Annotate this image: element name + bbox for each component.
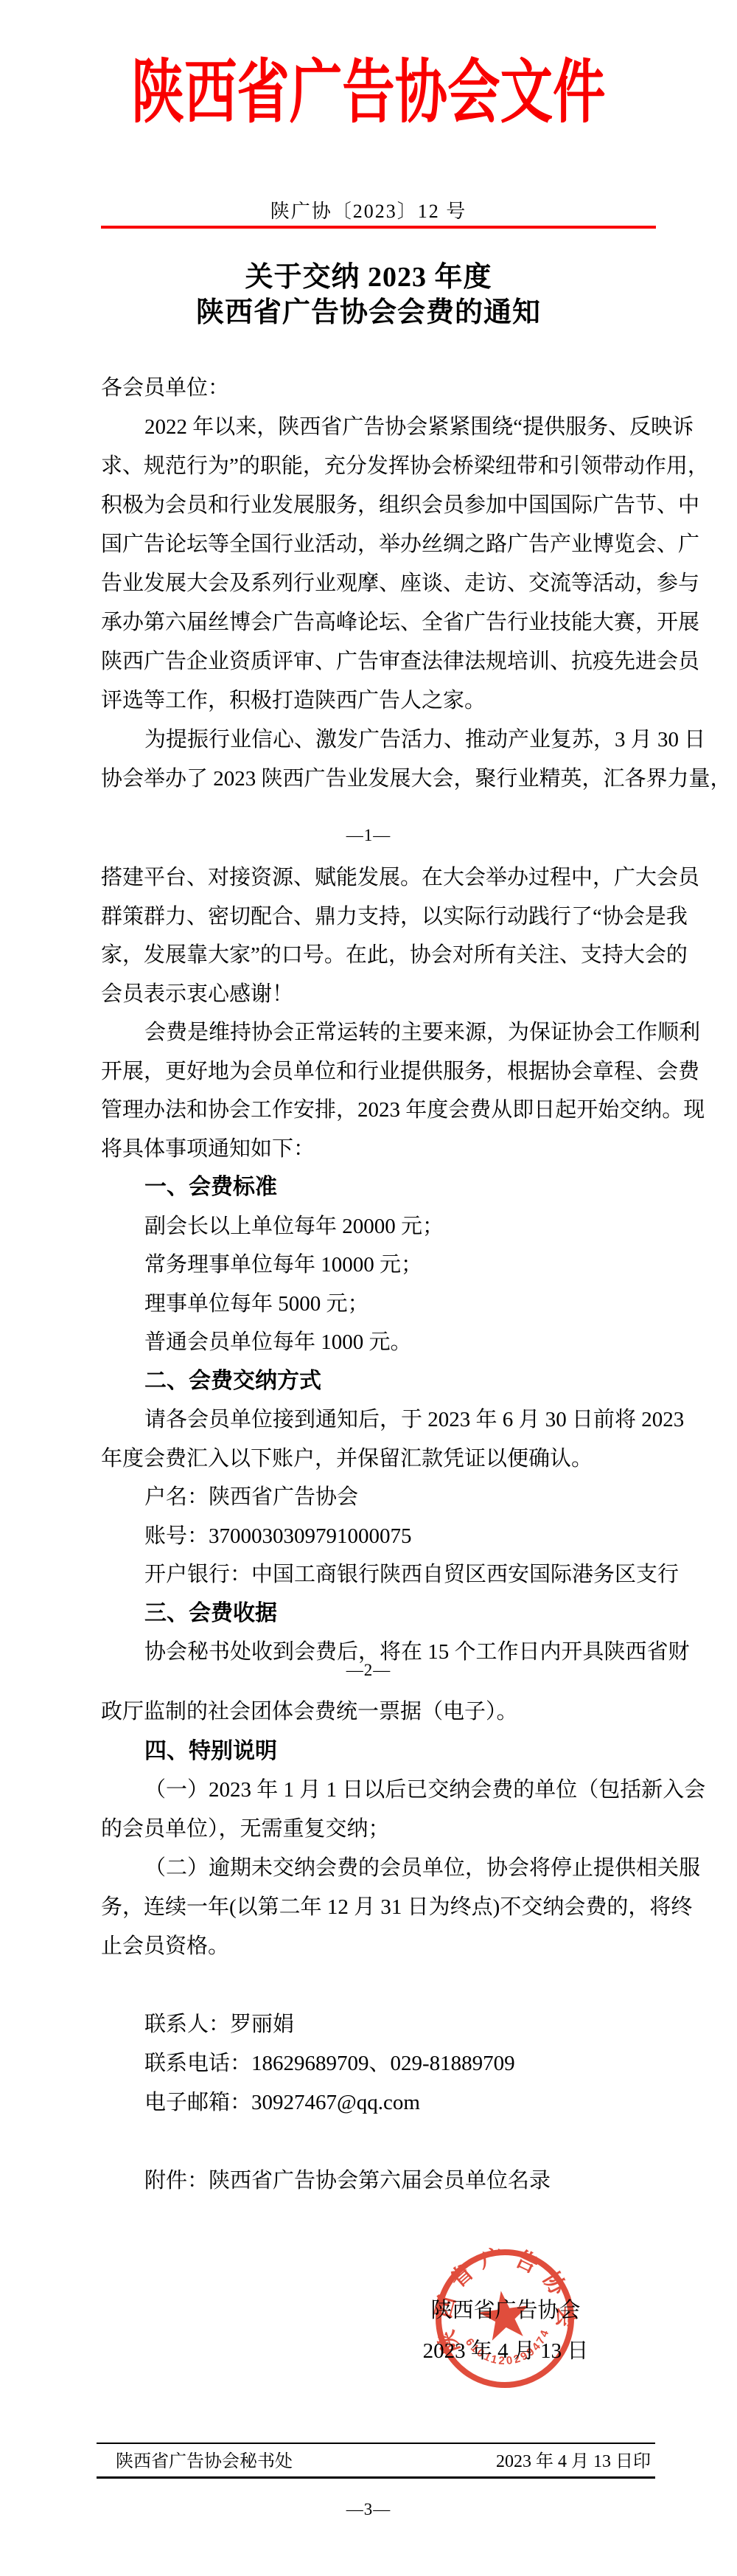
body-line: （一）2023 年 1 月 1 日以后已交纳会费的单位（包括新入会 bbox=[101, 1771, 661, 1810]
fee-line: 常务理事单位每年 10000 元； bbox=[101, 1246, 661, 1285]
body-line: 陕西广告企业资质评审、广告审查法律法规培训、抗疫先进会员 bbox=[101, 642, 661, 681]
section-heading-payment-method: 二、会费交纳方式 bbox=[101, 1362, 661, 1401]
footer-top-rule bbox=[97, 2443, 655, 2444]
notice-title-line2: 陕西省广告协会会费的通知 bbox=[0, 295, 737, 330]
footer-issuer: 陕西省广告协会秘书处 bbox=[116, 2450, 293, 2473]
attachment-line: 附件：陕西省广告协会第六届会员单位名录 bbox=[101, 2162, 661, 2201]
body-line: 国广告论坛等全国行业活动，举办丝绸之路广告产业博览会、广 bbox=[101, 525, 661, 564]
document-number: 陕广协〔2023〕12 号 bbox=[0, 196, 737, 223]
body-line: 评选等工作，积极打造陕西广告人之家。 bbox=[101, 681, 661, 721]
body-line: 年度会费汇入以下账户，并保留汇款凭证以便确认。 bbox=[101, 1440, 661, 1479]
body-line: 会费是维持协会正常运转的主要来源，为保证协会工作顺利 bbox=[101, 1013, 661, 1052]
body-line: 请各会员单位接到通知后，于 2023 年 6 月 30 日前将 2023 bbox=[101, 1400, 661, 1440]
section-heading-special-notes: 四、特别说明 bbox=[101, 1732, 661, 1771]
body-line: 务，连续一年(以第二年 12 月 31 日为终点)不交纳会费的，将终 bbox=[101, 1888, 661, 1927]
body-line: 为提振行业信心、激发广告活力、推动产业复苏，3 月 30 日 bbox=[101, 721, 661, 760]
official-document-page: 陕西省广告协会文件 陕广协〔2023〕12 号 关于交纳 2023 年度 陕西省… bbox=[0, 0, 737, 2576]
page-number-1: —1— bbox=[0, 826, 737, 845]
notice-title-line1: 关于交纳 2023 年度 bbox=[0, 260, 737, 295]
body-line: 政厅监制的社会团体会费统一票据（电子）。 bbox=[101, 1693, 661, 1732]
fee-line: 普通会员单位每年 1000 元。 bbox=[101, 1323, 661, 1362]
notice-title: 关于交纳 2023 年度 陕西省广告协会会费的通知 bbox=[0, 260, 737, 330]
red-divider-rule bbox=[101, 226, 656, 229]
body-line: 止会员资格。 bbox=[101, 1927, 661, 1966]
contact-email-line: 电子邮箱：30927467@qq.com bbox=[101, 2083, 661, 2122]
body-line: 家，发展靠大家”的口号。在此，协会对所有关注、支持大会的 bbox=[101, 936, 661, 975]
body-line: 2022 年以来，陕西省广告协会紧紧围绕“提供服务、反映诉 bbox=[101, 408, 661, 447]
footer-print-date: 2023 年 4 月 13 日印 bbox=[496, 2450, 651, 2473]
account-number-line: 账号：3700030309791000075 bbox=[101, 1517, 661, 1556]
section-heading-fee-standard: 一、会费标准 bbox=[101, 1168, 661, 1207]
footer-bottom-rule bbox=[97, 2476, 655, 2479]
footer-row: 陕西省广告协会秘书处 2023 年 4 月 13 日印 bbox=[97, 2450, 655, 2473]
body-line: 承办第六届丝博会广告高峰论坛、全省广告行业技能大赛，开展 bbox=[101, 603, 661, 642]
body-line: 求、规范行为”的职能，充分发挥协会桥梁纽带和引领带动作用， bbox=[101, 447, 661, 486]
body-line: 会员表示衷心感谢！ bbox=[101, 975, 661, 1014]
body-line: 搭建平台、对接资源、赋能发展。在大会举办过程中，广大会员 bbox=[101, 858, 661, 898]
body-line: 群策群力、密切配合、鼎力支持，以实际行动践行了“协会是我 bbox=[101, 898, 661, 937]
signature-org: 陕西省广告协会 bbox=[395, 2298, 616, 2323]
fee-line: 理事单位每年 5000 元； bbox=[101, 1285, 661, 1324]
contact-person-line: 联系人：罗丽娟 bbox=[101, 2005, 661, 2044]
account-name-line: 户名：陕西省广告协会 bbox=[101, 1478, 661, 1517]
body-line: 协会举办了 2023 陕西广告业发展大会，聚行业精英，汇各界力量， bbox=[101, 760, 661, 799]
body-line: 将具体事项通知如下： bbox=[101, 1130, 661, 1169]
body-line: （二）逾期未交纳会费的会员单位，协会将停止提供相关服 bbox=[101, 1849, 661, 1888]
body-line: 告业发展大会及系列行业观摩、座谈、走访、交流等活动，参与 bbox=[101, 564, 661, 603]
body-line: 积极为会员和行业发展服务，组织会员参加中国国际广告节、中 bbox=[101, 486, 661, 525]
page-number-2: —2— bbox=[0, 1661, 737, 1680]
page-number-3: —3— bbox=[0, 2500, 737, 2519]
signature-date: 2023 年 4 月 13 日 bbox=[395, 2339, 616, 2364]
section-heading-receipt: 三、会费收据 bbox=[101, 1594, 661, 1634]
body-line: 的会员单位），无需重复交纳； bbox=[101, 1810, 661, 1849]
letterhead-title: 陕西省广告协会文件 bbox=[88, 56, 649, 130]
body-line: 开展，更好地为会员单位和行业提供服务，根据协会章程、会费 bbox=[101, 1052, 661, 1091]
blank-line bbox=[101, 2122, 661, 2162]
body-page3: 政厅监制的社会团体会费统一票据（电子）。 四、特别说明 （一）2023 年 1 … bbox=[101, 1693, 661, 2201]
bank-line: 开户银行：中国工商银行陕西自贸区西安国际港务区支行 bbox=[101, 1555, 661, 1594]
blank-line bbox=[101, 1966, 661, 2005]
body-page2: 搭建平台、对接资源、赋能发展。在大会举办过程中，广大会员 群策群力、密切配合、鼎… bbox=[101, 858, 661, 1672]
body-line: 管理办法和协会工作安排，2023 年度会费从即日起开始交纳。现 bbox=[101, 1091, 661, 1130]
salutation: 各会员单位： bbox=[101, 369, 661, 408]
contact-phone-line: 联系电话：18629689709、029-81889709 bbox=[101, 2044, 661, 2083]
fee-line: 副会长以上单位每年 20000 元； bbox=[101, 1207, 661, 1246]
body-page1: 各会员单位： 2022 年以来，陕西省广告协会紧紧围绕“提供服务、反映诉 求、规… bbox=[101, 369, 661, 799]
